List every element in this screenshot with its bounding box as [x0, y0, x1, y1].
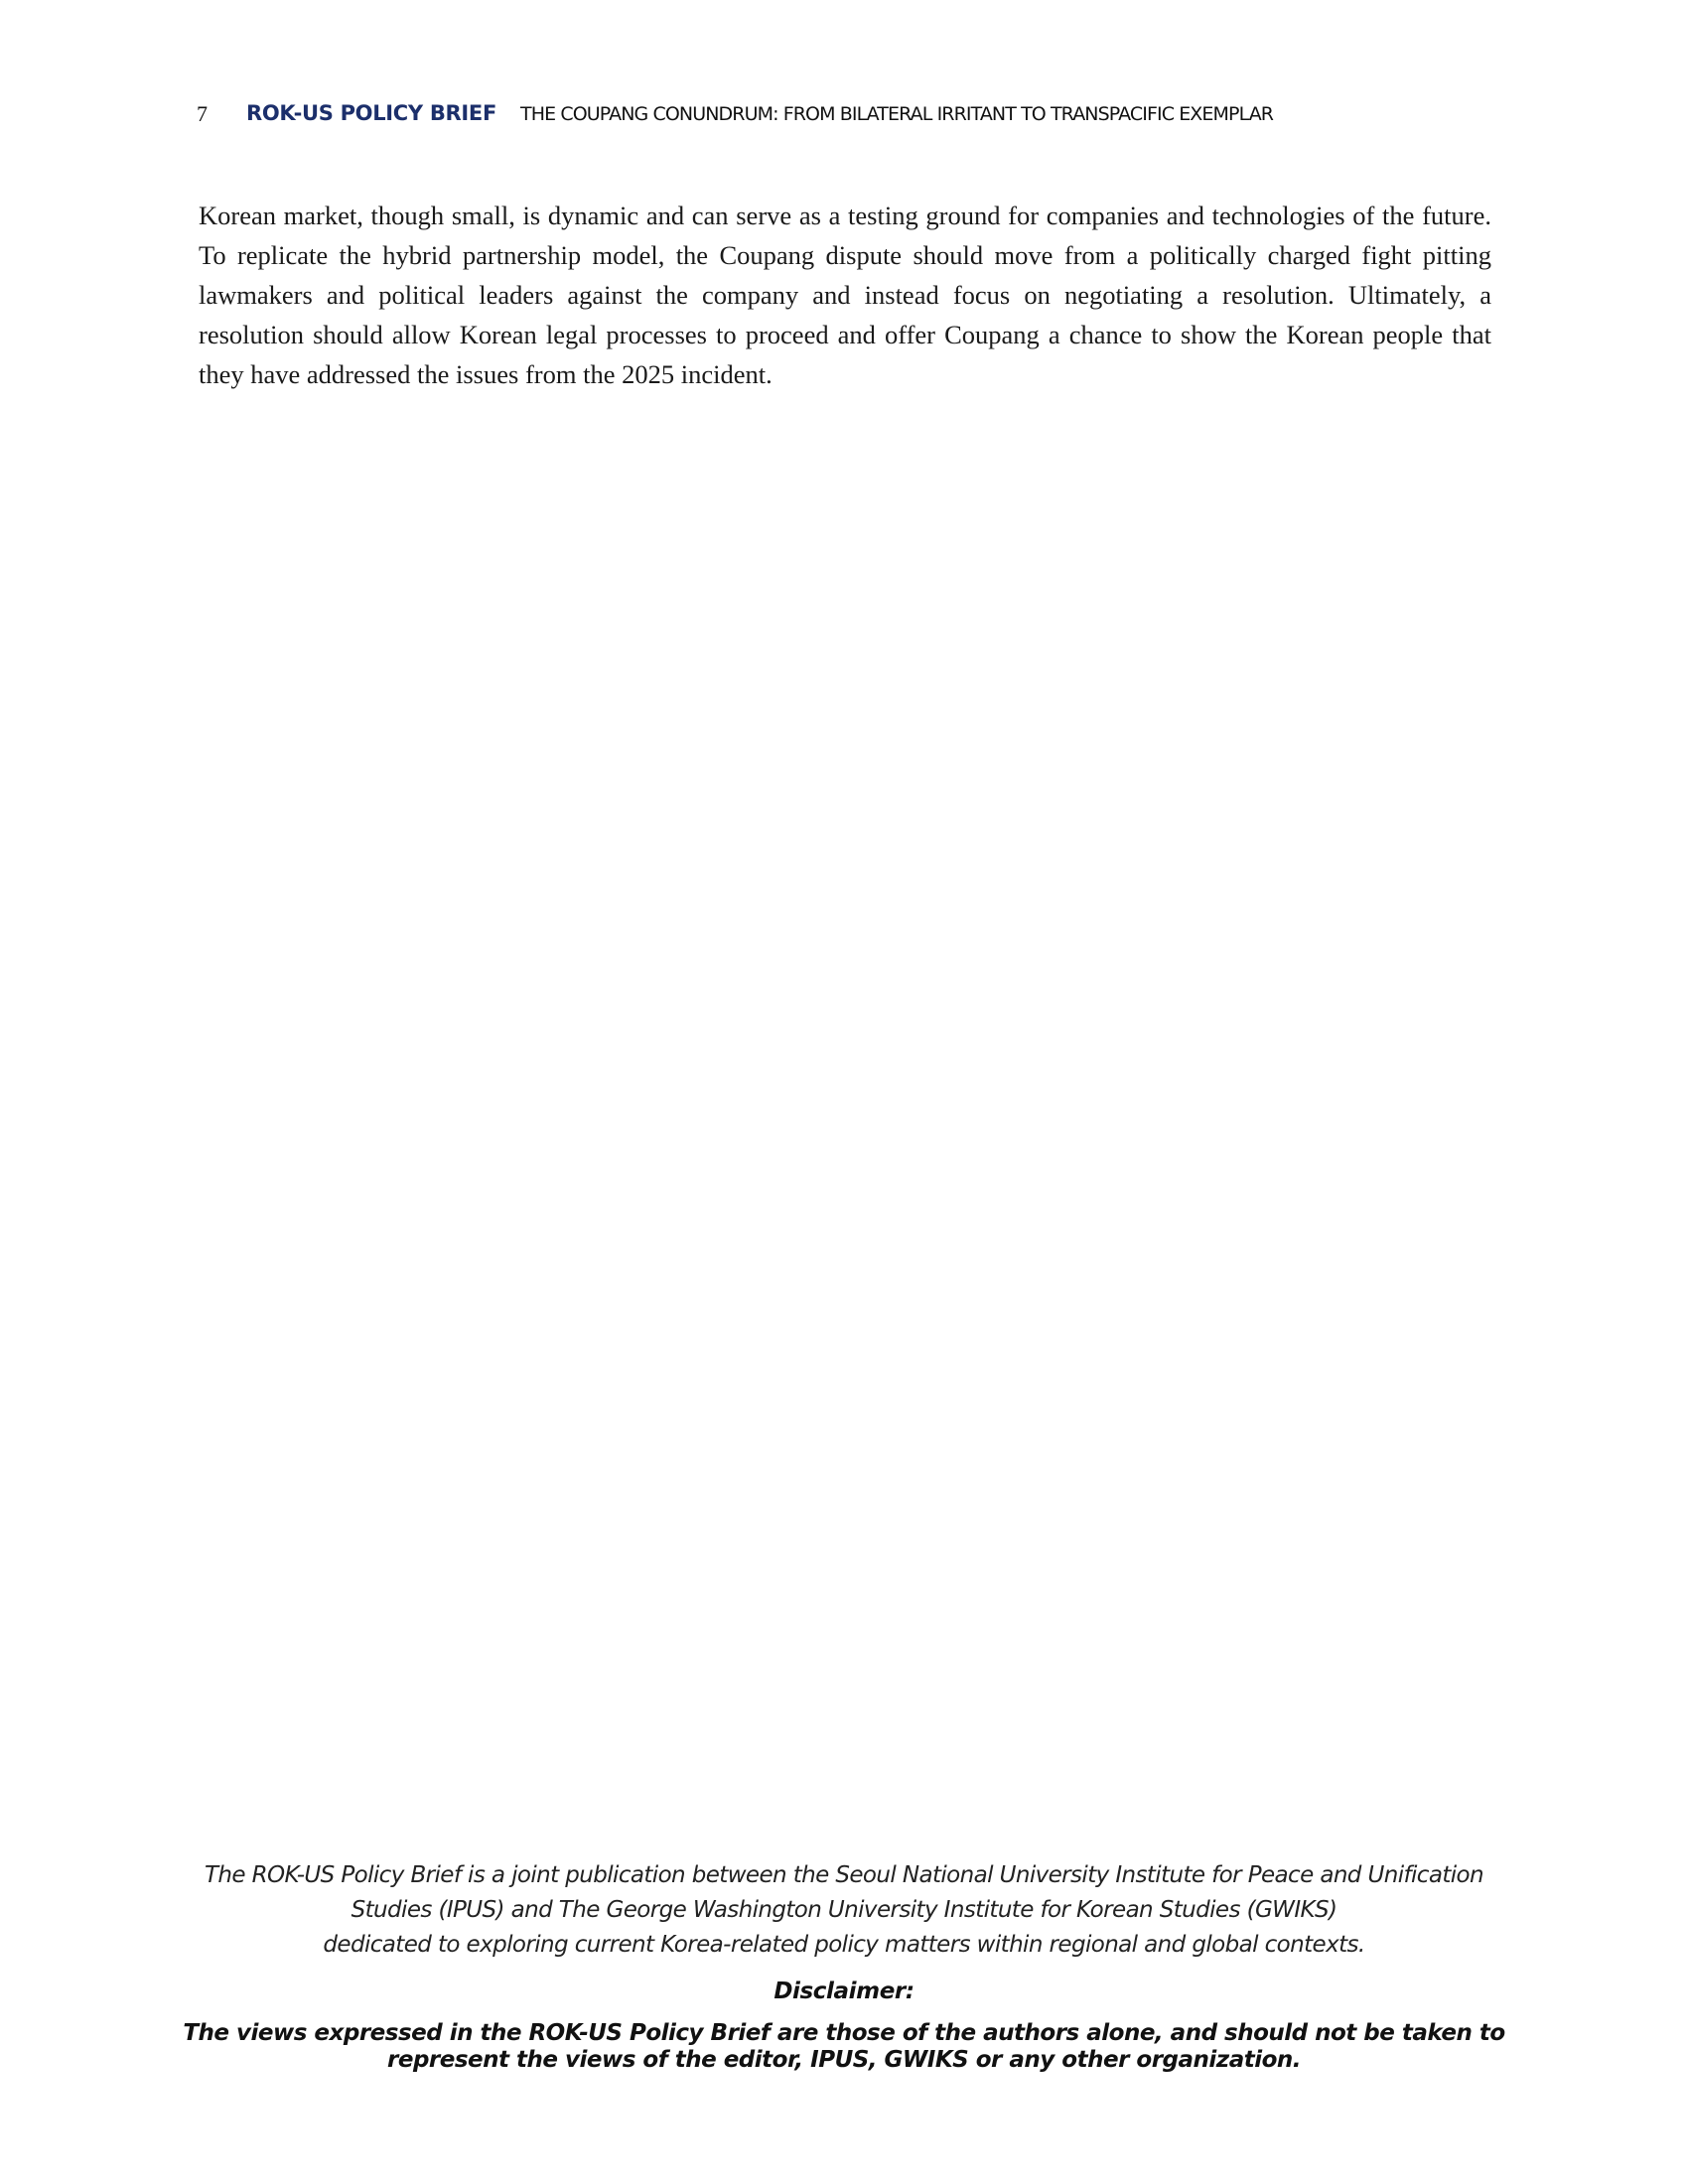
publication-brand: ROK-US POLICY BRIEF	[246, 101, 496, 125]
disclaimer-line: represent the views of the editor, IPUS,…	[149, 2047, 1539, 2074]
disclaimer-line: The views expressed in the ROK-US Policy…	[149, 2020, 1539, 2047]
disclaimer-text: The views expressed in the ROK-US Policy…	[149, 2020, 1539, 2074]
page-footer: The ROK-US Policy Brief is a joint publi…	[149, 1858, 1539, 2074]
article-title: THE COUPANG CONUNDRUM: FROM BILATERAL IR…	[520, 103, 1273, 125]
description-line: The ROK-US Policy Brief is a joint publi…	[149, 1858, 1539, 1893]
page-number: 7	[197, 101, 208, 127]
body-paragraph: Korean market, though small, is dynamic …	[199, 196, 1491, 394]
description-line: dedicated to exploring current Korea-rel…	[149, 1928, 1539, 1963]
disclaimer-heading: Disclaimer:	[149, 1975, 1539, 2008]
publication-description: The ROK-US Policy Brief is a joint publi…	[149, 1858, 1539, 1963]
description-line: Studies (IPUS) and The George Washington…	[149, 1893, 1539, 1928]
